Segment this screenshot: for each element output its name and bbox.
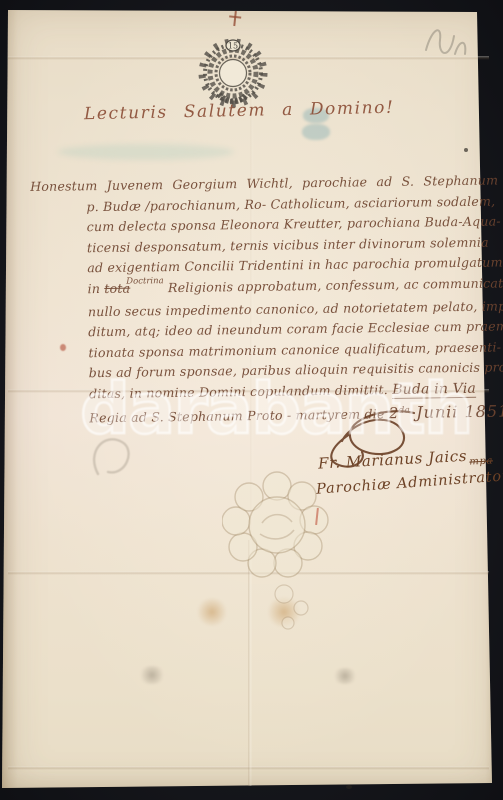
line-text: ad exigentiam Concilii Tridentini in hac… [87, 255, 503, 276]
line-text: ticensi desponsatum, ternis vicibus inte… [87, 234, 489, 255]
superscript-insertion: Doctrina [126, 276, 164, 287]
paper-smudge [332, 668, 358, 684]
line-text: nullo secus impedimento canonico, ad not… [88, 298, 503, 319]
manu-propria-mark: mpa [469, 455, 493, 467]
fox-speck [346, 785, 352, 789]
line-text: ditum, atq; ideo ad ineundum coram facie… [88, 318, 503, 339]
paper-smudge [138, 666, 166, 684]
stamp-value: 15 [228, 42, 238, 51]
photo-of-document: 15 Lecturis Salutem a Domino! Honestum J… [0, 0, 503, 800]
darabanth-watermark: darabanth [80, 368, 472, 450]
line-text: Honestum Juvenem Georgium Wichtl, paroch… [30, 172, 498, 194]
fox-speck [464, 148, 468, 152]
ink-bleedthrough-smear [58, 144, 234, 160]
revenue-stamp-icon: 15 [197, 35, 269, 109]
line-text: cum delecta sponsa Eleonora Kreutter, pa… [87, 214, 501, 235]
cross-mark-icon [227, 10, 243, 27]
line-text: Religionis approbatum, confessum, ac com… [164, 275, 503, 295]
pencil-mark [420, 18, 472, 66]
blue-ink-smudge [302, 124, 330, 140]
line-text: tionata sponsa matrimonium canonice qual… [88, 339, 501, 360]
line-text: p. Budæ /parochianum, Ro- Catholicum, as… [86, 193, 495, 214]
line-text: in [87, 281, 104, 296]
